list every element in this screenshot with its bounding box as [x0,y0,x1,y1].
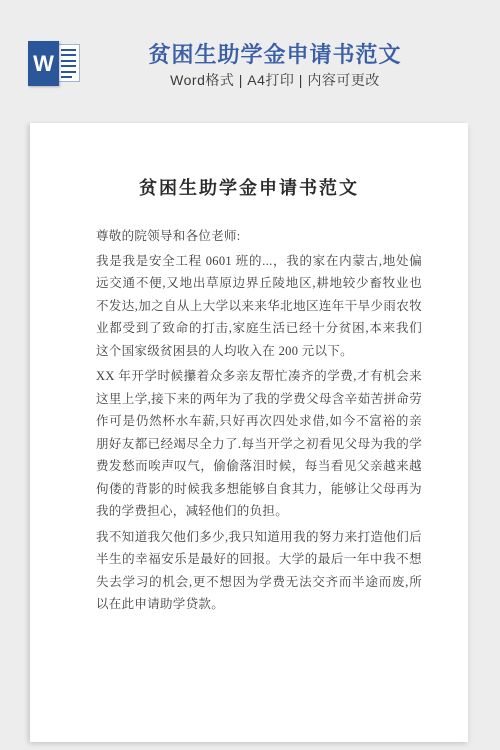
word-icon-text-line [61,49,76,51]
word-icon-text-line [61,65,76,67]
document-page-preview: 贫困生助学金申请书范文 尊敬的院领导和各位老师: 我是我是安全工程 0601 班… [30,123,468,742]
document-paragraph: 我是我是安全工程 0601 班的...，我的家在内蒙古,地处偏远交通不便,又地出… [96,250,422,363]
document-body: 尊敬的院领导和各位老师: 我是我是安全工程 0601 班的...，我的家在内蒙古… [96,225,422,616]
word-icon-document-sheet [56,44,80,82]
word-file-icon: W [28,41,80,86]
document-salutation: 尊敬的院领导和各位老师: [96,225,422,248]
word-icon-text-line [61,60,76,62]
word-icon-text-line [61,71,76,73]
document-paragraph: XX 年开学时候攥着众多亲友帮忙凑齐的学费,才有机会来这里上学,接下来的两年为了… [96,365,422,523]
header: W 贫困生助学金申请书范文 Word格式 | A4打印 | 内容可更改 [0,0,500,110]
word-icon-text-line [61,76,72,78]
document-title: 贫困生助学金申请书范文 [30,123,468,201]
word-icon-w-panel: W [28,41,59,86]
word-icon-text-line [61,54,76,56]
document-paragraph: 我不知道我欠他们多少,我只知道用我的努力来打造他们后半生的幸福安乐是最好的回报。… [96,526,422,616]
page-title: 贫困生助学金申请书范文 [50,0,500,68]
format-subtitle: Word格式 | A4打印 | 内容可更改 [50,72,500,88]
